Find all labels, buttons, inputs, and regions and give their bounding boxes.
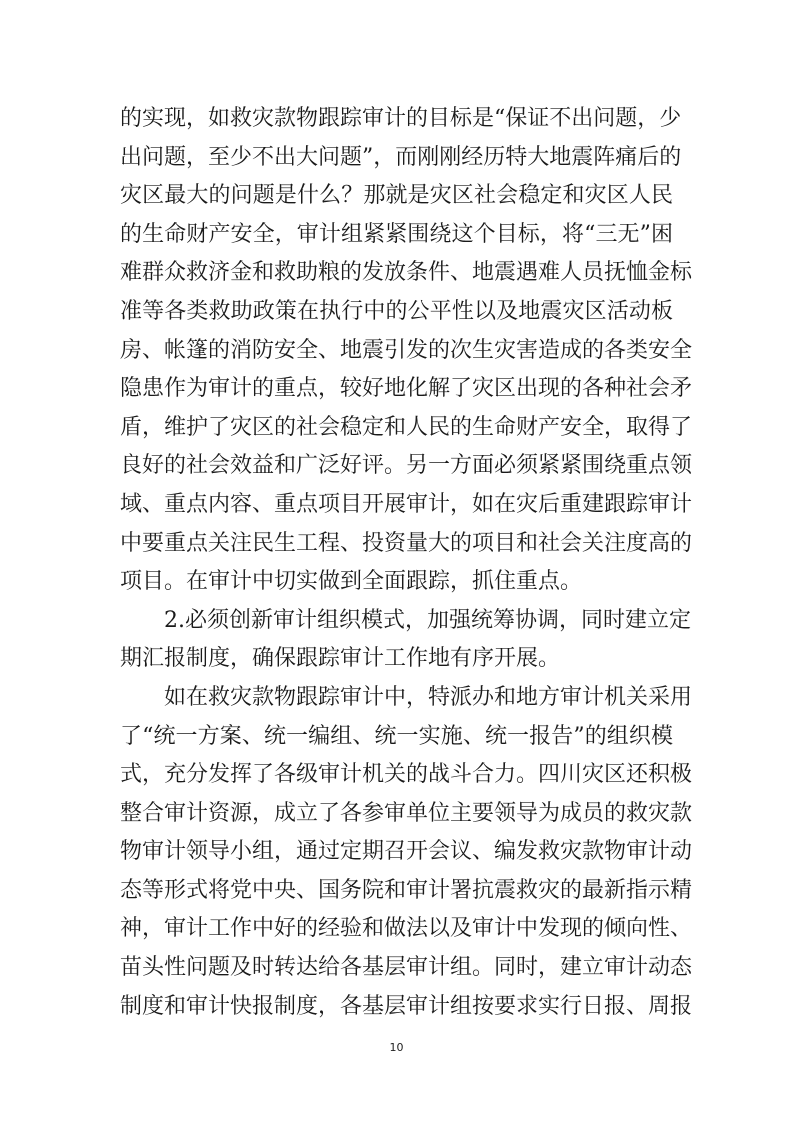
text-line: 态等形式将党中央、国务院和审计署抗震救灾的最新指示精 <box>120 872 673 911</box>
text-line: 中要重点关注民生工程、投资量大的项目和社会关注度高的 <box>120 525 673 564</box>
text-line: 2.必须创新审计组织模式，加强统筹协调，同时建立定 <box>120 602 673 641</box>
text-line: 房、帐篷的消防安全、地震引发的次生灾害造成的各类安全 <box>120 332 673 371</box>
paragraph-2-point: 2.必须创新审计组织模式，加强统筹协调，同时建立定 期汇报制度，确保跟踪审计工作… <box>120 602 673 679</box>
text-line: 式，充分发挥了各级审计机关的战斗合力。四川灾区还积极 <box>120 756 673 795</box>
text-line: 了“统一方案、统一编组、统一实施、统一报告”的组织模 <box>120 718 673 757</box>
document-page: 的实现，如救灾款物跟踪审计的目标是“保证不出问题，少 出问题，至少不出大问题”，… <box>0 0 793 1122</box>
text-line: 难群众救济金和救助粮的发放条件、地震遇难人员抚恤金标 <box>120 254 673 293</box>
text-line: 出问题，至少不出大问题”，而刚刚经历特大地震阵痛后的 <box>120 139 673 178</box>
text-line: 如在救灾款物跟踪审计中，特派办和地方审计机关采用 <box>120 679 673 718</box>
text-line: 期汇报制度，确保跟踪审计工作地有序开展。 <box>120 640 673 679</box>
text-line: 项目。在审计中切实做到全面跟踪，抓住重点。 <box>120 563 673 602</box>
text-line: 域、重点内容、重点项目开展审计，如在灾后重建跟踪审计 <box>120 486 673 525</box>
text-line: 隐患作为审计的重点，较好地化解了灾区出现的各种社会矛 <box>120 370 673 409</box>
text-line: 物审计领导小组，通过定期召开会议、编发救灾款物审计动 <box>120 833 673 872</box>
body-text: 的实现，如救灾款物跟踪审计的目标是“保证不出问题，少 出问题，至少不出大问题”，… <box>120 100 673 1026</box>
text-line: 准等各类救助政策在执行中的公平性以及地震灾区活动板 <box>120 293 673 332</box>
text-line: 制度和审计快报制度，各基层审计组按要求实行日报、周报 <box>120 988 673 1027</box>
text-line: 良好的社会效益和广泛好评。另一方面必须紧紧围绕重点领 <box>120 447 673 486</box>
text-line: 的实现，如救灾款物跟踪审计的目标是“保证不出问题，少 <box>120 100 673 139</box>
text-line: 盾，维护了灾区的社会稳定和人民的生命财产安全，取得了 <box>120 409 673 448</box>
page-number: 10 <box>0 1041 793 1054</box>
text-line: 灾区最大的问题是什么？那就是灾区社会稳定和灾区人民 <box>120 177 673 216</box>
paragraph-3: 如在救灾款物跟踪审计中，特派办和地方审计机关采用 了“统一方案、统一编组、统一实… <box>120 679 673 1026</box>
text-line: 苗头性问题及时转达给各基层审计组。同时，建立审计动态 <box>120 949 673 988</box>
paragraph-1: 的实现，如救灾款物跟踪审计的目标是“保证不出问题，少 出问题，至少不出大问题”，… <box>120 100 673 602</box>
text-line: 整合审计资源，成立了各参审单位主要领导为成员的救灾款 <box>120 795 673 834</box>
text-line: 的生命财产安全，审计组紧紧围绕这个目标，将“三无”困 <box>120 216 673 255</box>
text-line: 神，审计工作中好的经验和做法以及审计中发现的倾向性、 <box>120 910 673 949</box>
